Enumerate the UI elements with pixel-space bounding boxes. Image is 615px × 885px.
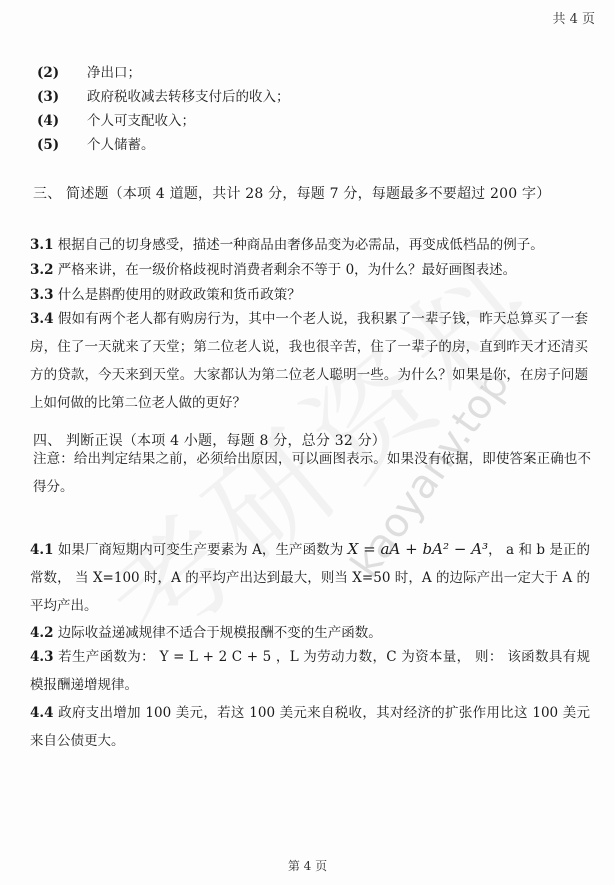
question-text: 若生产函数为： Y = L + 2 C + 5 ，L 为劳动力数，C 为资本量，… xyxy=(30,649,590,693)
question-number: 3.1 xyxy=(30,237,54,253)
question-text: 什么是斟酌使用的财政政策和货币政策？ xyxy=(58,287,301,303)
question-3-4: 3.4 假如有两个老人都有购房行为，其中一个老人说，我积累了一辈子钱，昨天总算买… xyxy=(30,305,588,417)
question-number: 3.4 xyxy=(30,311,54,327)
question-text: 边际收益递减规律不适合于规模报酬不变的生产函数。 xyxy=(58,625,382,641)
list-item-number: (2) xyxy=(37,65,87,81)
list-item-text: 净出口； xyxy=(87,65,141,81)
list-item-number: (5) xyxy=(37,137,87,153)
list-item-number: (4) xyxy=(37,113,87,129)
note-text: 注意：给出判定结果之前，必须给出原因，可以画图表示。如果没有依据，即使答案正确也… xyxy=(33,451,591,495)
question-3-2: 3.2 严格来讲，在一级价格歧视时消费者剩余不等于 0，为什么？最好画图表述。 xyxy=(30,262,516,278)
question-3-1: 3.1 根据自己的切身感受，描述一种商品由奢侈品变为必需品，再变成低档品的例子。 xyxy=(30,237,544,253)
production-function-formula: X = aA + bA² − A³ xyxy=(348,540,488,558)
question-4-3: 4.3 若生产函数为： Y = L + 2 C + 5 ，L 为劳动力数，C 为… xyxy=(30,643,590,699)
section-3-title: 三、 简述题（本项 4 道题，共计 28 分，每题 7 分，每题最多不要超过 2… xyxy=(33,183,550,203)
question-text: 根据自己的切身感受，描述一种商品由奢侈品变为必需品，再变成低档品的例子。 xyxy=(58,237,544,253)
question-number: 4.1 xyxy=(30,542,54,558)
section-4-note: 注意：给出判定结果之前，必须给出原因，可以画图表示。如果没有依据，即使答案正确也… xyxy=(33,445,591,501)
question-3-3: 3.3 什么是斟酌使用的财政政策和货币政策？ xyxy=(30,287,301,303)
list-item: (3)政府税收减去转移支付后的收入； xyxy=(37,89,290,105)
question-4-1: 4.1 如果厂商短期内可变生产要素为 A，生产函数为 X = aA + bA² … xyxy=(30,535,590,620)
list-item: (2)净出口； xyxy=(37,65,141,81)
question-4-4: 4.4 政府支出增加 100 美元，若这 100 美元来自税收，其对经济的扩张作… xyxy=(30,699,590,755)
page-number-footer: 第 4 页 xyxy=(0,857,615,874)
question-text-before: 如果厂商短期内可变生产要素为 A，生产函数为 xyxy=(58,542,348,558)
list-item: (4)个人可支配收入； xyxy=(37,113,195,129)
list-item: (5)个人储蓄。 xyxy=(37,137,155,153)
list-item-text: 个人可支配收入； xyxy=(87,113,195,129)
list-item-number: (3) xyxy=(37,89,87,105)
question-text: 政府支出增加 100 美元，若这 100 美元来自税收，其对经济的扩张作用比这 … xyxy=(30,705,590,749)
question-number: 3.3 xyxy=(30,287,54,303)
question-4-2: 4.2 边际收益递减规律不适合于规模报酬不变的生产函数。 xyxy=(30,625,382,641)
question-text: 假如有两个老人都有购房行为，其中一个老人说，我积累了一辈子钱，昨天总算买了一套房… xyxy=(30,311,588,411)
list-item-text: 政府税收减去转移支付后的收入； xyxy=(87,89,290,105)
question-number: 4.4 xyxy=(30,705,54,721)
exam-page: 考研资料 kaoyany.top 共 4 页 (2)净出口； (3)政府税收减去… xyxy=(0,0,615,885)
total-pages-label: 共 4 页 xyxy=(552,8,595,27)
list-item-text: 个人储蓄。 xyxy=(87,137,155,153)
question-number: 3.2 xyxy=(30,262,54,278)
question-text: 严格来讲，在一级价格歧视时消费者剩余不等于 0，为什么？最好画图表述。 xyxy=(58,262,516,278)
question-number: 4.2 xyxy=(30,625,54,641)
question-number: 4.3 xyxy=(30,649,54,665)
